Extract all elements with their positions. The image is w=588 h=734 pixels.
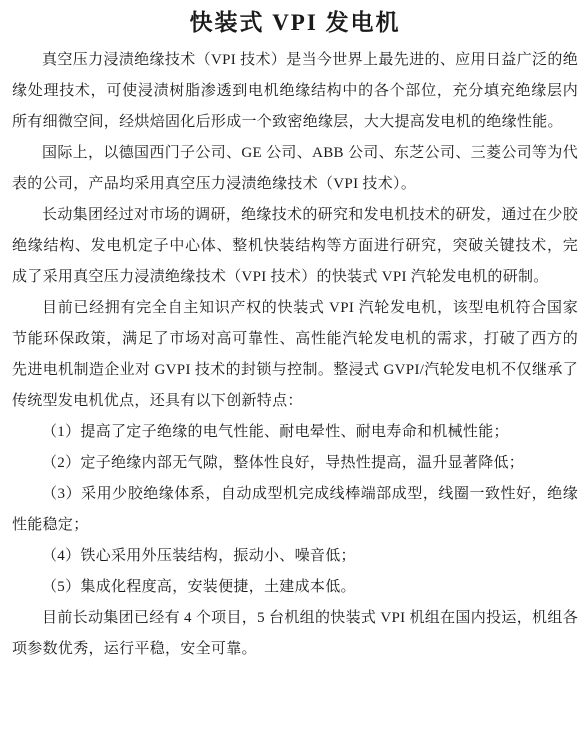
paragraph-vpi-technology-intro: 真空压力浸渍绝缘技术（VPI 技术）是当今世界上最先进的、应用日益广泛的绝缘处理… <box>12 45 578 138</box>
feature-list-item-1: （1）提高了定子绝缘的电气性能、耐电晕性、耐电寿命和机械性能； <box>12 417 578 448</box>
paragraph-proprietary-generator: 目前已经拥有完全自主知识产权的快装式 VPI 汽轮发电机，该型电机符合国家节能环… <box>12 293 578 417</box>
feature-list-item-5: （5）集成化程度高，安装便捷，土建成本低。 <box>12 572 578 603</box>
paragraph-international-companies: 国际上，以德国西门子公司、GE 公司、ABB 公司、东芝公司、三菱公司等为代表的… <box>12 138 578 200</box>
paragraph-deployment-status: 目前长动集团已经有 4 个项目，5 台机组的快装式 VPI 机组在国内投运，机组… <box>12 603 578 665</box>
document-page: 快装式 VPI 发电机 真空压力浸渍绝缘技术（VPI 技术）是当今世界上最先进的… <box>0 0 588 734</box>
feature-list-item-2: （2）定子绝缘内部无气隙，整体性良好，导热性提高，温升显著降低； <box>12 448 578 479</box>
paragraph-changdong-research: 长动集团经过对市场的调研，绝缘技术的研究和发电机技术的研发，通过在少胶绝缘结构、… <box>12 200 578 293</box>
feature-list-item-3: （3）采用少胶绝缘体系，自动成型机完成线棒端部成型，线圈一致性好，绝缘性能稳定； <box>12 479 578 541</box>
feature-list-item-4: （4）铁心采用外压装结构，振动小、噪音低； <box>12 541 578 572</box>
document-title: 快装式 VPI 发电机 <box>12 6 578 40</box>
